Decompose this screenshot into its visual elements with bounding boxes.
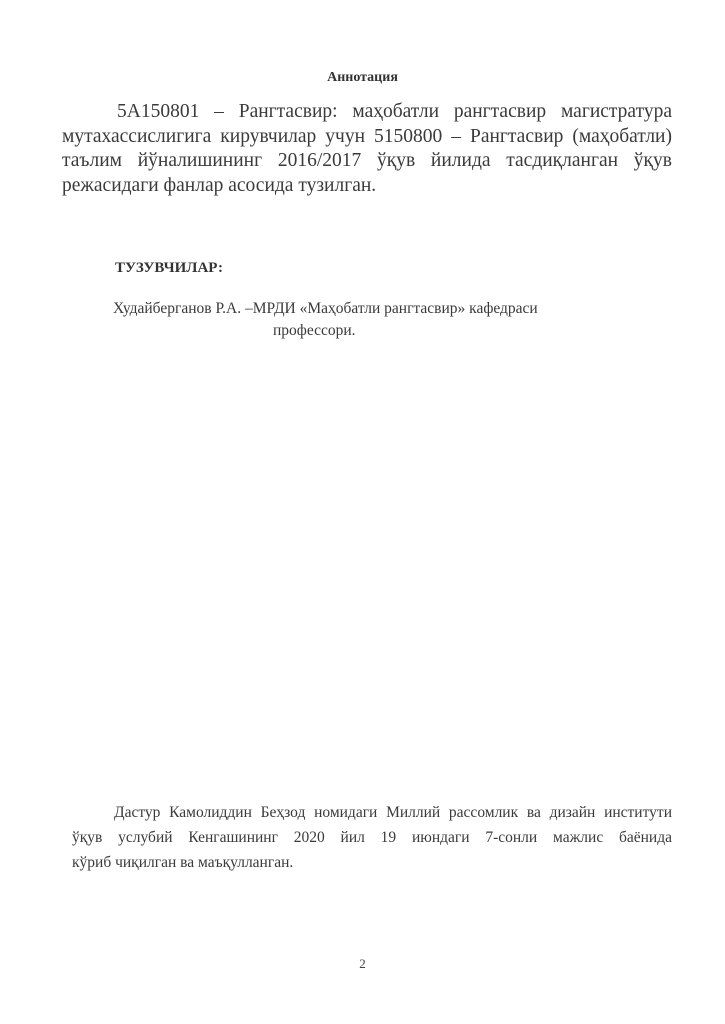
approval-line: Дастур Камолиддин Беҳзод номидаги Миллий… [72,800,672,825]
author-name-affiliation: Худайберганов Р.А. –МРДИ «Маҳобатли ранг… [113,300,538,318]
authors-heading: ТУЗУВЧИЛАР: [115,260,223,277]
annotation-line: мутахассислигига кирувчилар учун 5150800… [62,125,672,150]
approval-line: кўриб чиқилган ва маъқулланган. [72,850,672,875]
approval-line: ўқув услубий Кенгашининг 2020 йил 19 июн… [72,825,672,850]
annotation-line: 5А150801 – Рангтасвир: маҳобатли рангтас… [62,100,672,125]
annotation-line: таълим йўналишининг 2016/2017 ўқув йилид… [62,149,672,174]
annotation-paragraph: 5А150801 – Рангтасвир: маҳобатли рангтас… [62,100,672,198]
author-position: профессори. [273,322,356,340]
approval-paragraph: Дастур Камолиддин Беҳзод номидаги Миллий… [72,800,672,875]
annotation-line: режасидаги фанлар асосида тузилган. [62,174,672,199]
document-title: Аннотация [0,70,725,86]
page-number: 2 [0,956,725,972]
